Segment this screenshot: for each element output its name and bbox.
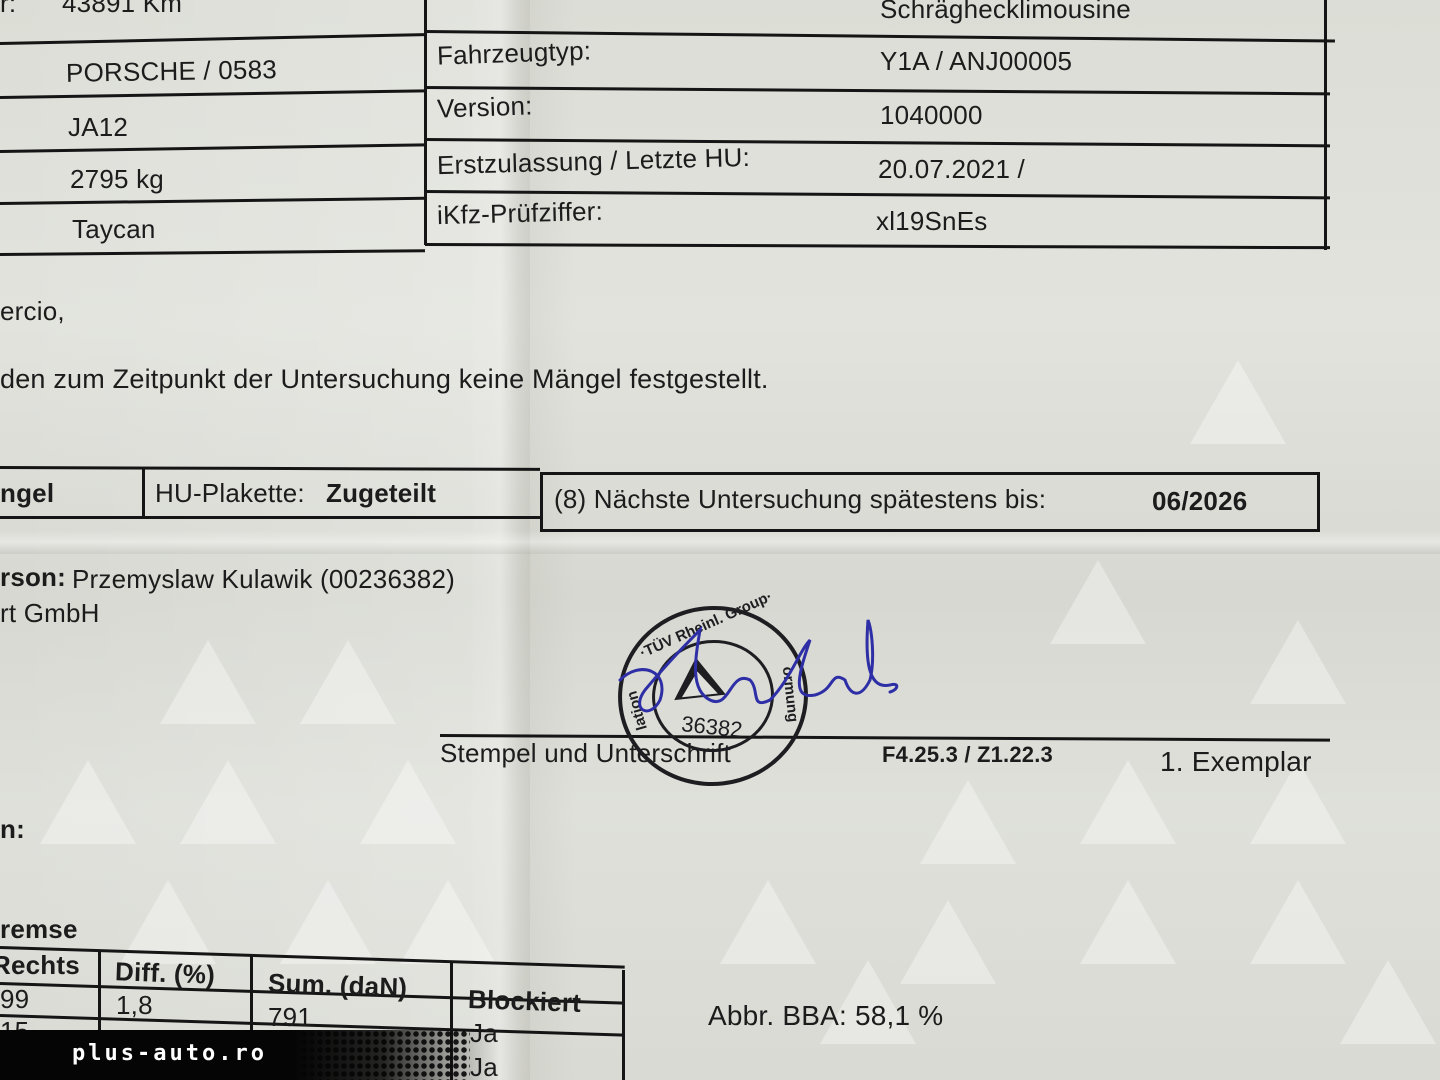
section-label: n: [0, 814, 25, 845]
col-rechts: Rechts [0, 950, 80, 981]
result-sentence: den zum Zeitpunkt der Untersuchung keine… [0, 364, 769, 395]
cell-diff-1: 1,8 [116, 990, 153, 1021]
variant-value: JA12 [68, 112, 128, 143]
check-digit-value: xl19SnEs [876, 206, 987, 237]
registration-value: 20.07.2021 / [878, 154, 1025, 185]
inspector-label: rson: [0, 562, 66, 593]
mileage-value: 43891 Km [62, 0, 182, 19]
plakette-label: HU-Plakette: [155, 478, 305, 509]
next-inspection-date: 06/2026 [1152, 486, 1247, 517]
site-watermark: plus-auto.ro [72, 1041, 267, 1066]
copy-number: 1. Exemplar [1160, 746, 1312, 778]
bba-value: Abbr. BBA: 58,1 % [708, 1000, 943, 1032]
ercio-text: ercio, [0, 296, 65, 327]
inspector-company: rt GmbH [0, 598, 100, 629]
body-type-value: Schräghecklimousine [880, 0, 1131, 25]
col-sum: Sum. (daN) [268, 968, 408, 1004]
manufacturer-value: PORSCHE / 0583 [66, 54, 277, 89]
cell-sum-1: 791 [268, 1002, 312, 1033]
cell-rechts-1: 99 [0, 984, 29, 1015]
weight-value: 2795 kg [70, 164, 164, 195]
mileage-label: r: [0, 0, 16, 19]
halftone-dots [300, 1030, 470, 1080]
next-inspection-label: (8) Nächste Untersuchung spätestens bis: [554, 484, 1046, 515]
handwritten-signature [600, 600, 920, 760]
version-label: Version: [436, 90, 533, 124]
check-digit-label: iKfz-Prüfziffer: [437, 196, 604, 231]
paper-fold-horizontal [0, 530, 1440, 554]
col-blockiert: Blockiert [467, 984, 581, 1019]
col-diff: Diff. (%) [114, 956, 215, 990]
plakette-value: Zugeteilt [326, 478, 436, 509]
vehicle-type-label: Fahrzeugtyp: [437, 35, 592, 71]
status-left-partial: ngel [0, 478, 54, 509]
inspector-name: Przemyslaw Kulawik (00236382) [72, 564, 455, 595]
brake-section-title: remse [0, 914, 78, 945]
model-value: Taycan [72, 214, 156, 245]
version-value: 1040000 [880, 100, 983, 131]
vehicle-type-value: Y1A / ANJ00005 [880, 46, 1072, 77]
